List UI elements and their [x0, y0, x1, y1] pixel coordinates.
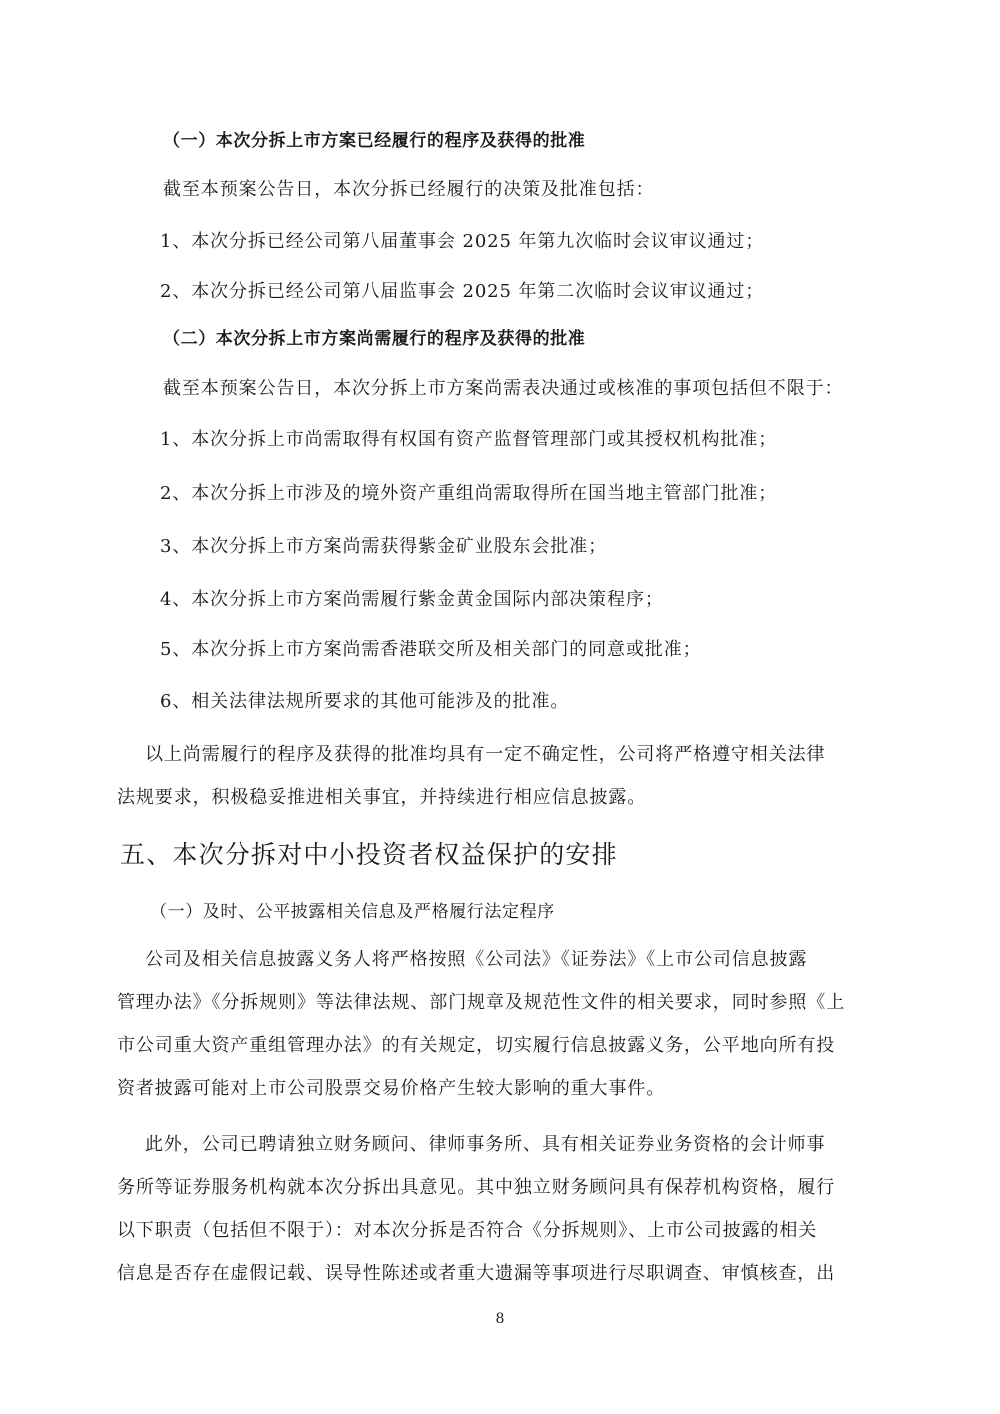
list-item-pending-5: 5、本次分拆上市方案尚需香港联交所及相关部门的同意或批准； [160, 638, 702, 662]
paragraph-disclosure-line-2: 管理办法》《分拆规则》等法律法规、部门规章及规范性文件的相关要求，同时参照《上 [117, 991, 845, 1015]
list-item-approved-1: 1、本次分拆已经公司第八届董事会 2025 年第九次临时会议审议通过； [160, 230, 764, 254]
paragraph-advisors-line-2: 务所等证券服务机构就本次分拆出具意见。其中独立财务顾问具有保荐机构资格，履行 [117, 1176, 835, 1200]
paragraph-approved-intro: 截至本预案公告日，本次分拆已经履行的决策及批准包括： [163, 178, 654, 202]
document-page: （一）本次分拆上市方案已经履行的程序及获得的批准 截至本预案公告日，本次分拆已经… [0, 0, 1000, 1414]
list-item-pending-2: 2、本次分拆上市涉及的境外资产重组尚需取得所在国当地主管部门批准； [160, 482, 777, 506]
paragraph-advisors-line-3: 以下职责（包括但不限于）：对本次分拆是否符合《分拆规则》、上市公司披露的相关 [117, 1219, 817, 1243]
paragraph-disclosure-line-1: 公司及相关信息披露义务人将严格按照《公司法》《证券法》《上市公司信息披露 [145, 948, 807, 972]
list-item-pending-6: 6、相关法律法规所要求的其他可能涉及的批准。 [160, 690, 569, 714]
paragraph-disclosure-line-4: 资者披露可能对上市公司股票交易价格产生较大影响的重大事件。 [117, 1077, 665, 1101]
subsection-heading-pending-procedures: （二）本次分拆上市方案尚需履行的程序及获得的批准 [163, 327, 585, 351]
list-item-pending-3: 3、本次分拆上市方案尚需获得紫金矿业股东会批准； [160, 535, 607, 559]
paragraph-disclosure-line-3: 市公司重大资产重组管理办法》的有关规定，切实履行信息披露义务，公平地向所有投 [117, 1034, 835, 1058]
paragraph-uncertainty-line-1: 以上尚需履行的程序及获得的批准均具有一定不确定性，公司将严格遵守相关法律 [145, 743, 825, 767]
paragraph-advisors-line-4: 信息是否存在虚假记载、误导性陈述或者重大遗漏等事项进行尽职调查、审慎核查，出 [117, 1262, 835, 1286]
paragraph-advisors-line-1: 此外，公司已聘请独立财务顾问、律师事务所、具有相关证券业务资格的会计师事 [145, 1133, 825, 1157]
page-number: 8 [0, 1311, 1000, 1327]
subsection-heading-approved-procedures: （一）本次分拆上市方案已经履行的程序及获得的批准 [163, 129, 585, 153]
list-item-approved-2: 2、本次分拆已经公司第八届监事会 2025 年第二次临时会议审议通过； [160, 280, 764, 304]
paragraph-uncertainty-line-2: 法规要求，积极稳妥推进相关事宜，并持续进行相应信息披露。 [117, 786, 646, 810]
list-item-pending-4: 4、本次分拆上市方案尚需履行紫金黄金国际内部决策程序； [160, 588, 664, 612]
list-item-pending-1: 1、本次分拆上市尚需取得有权国有资产监督管理部门或其授权机构批准； [160, 428, 777, 452]
subsection-heading-timely-disclosure: （一）及时、公平披露相关信息及严格履行法定程序 [150, 900, 555, 924]
section-heading-investor-protection: 五、本次分拆对中小投资者权益保护的安排 [120, 839, 618, 871]
paragraph-pending-intro: 截至本预案公告日，本次分拆上市方案尚需表决通过或核准的事项包括但不限于： [163, 377, 843, 401]
